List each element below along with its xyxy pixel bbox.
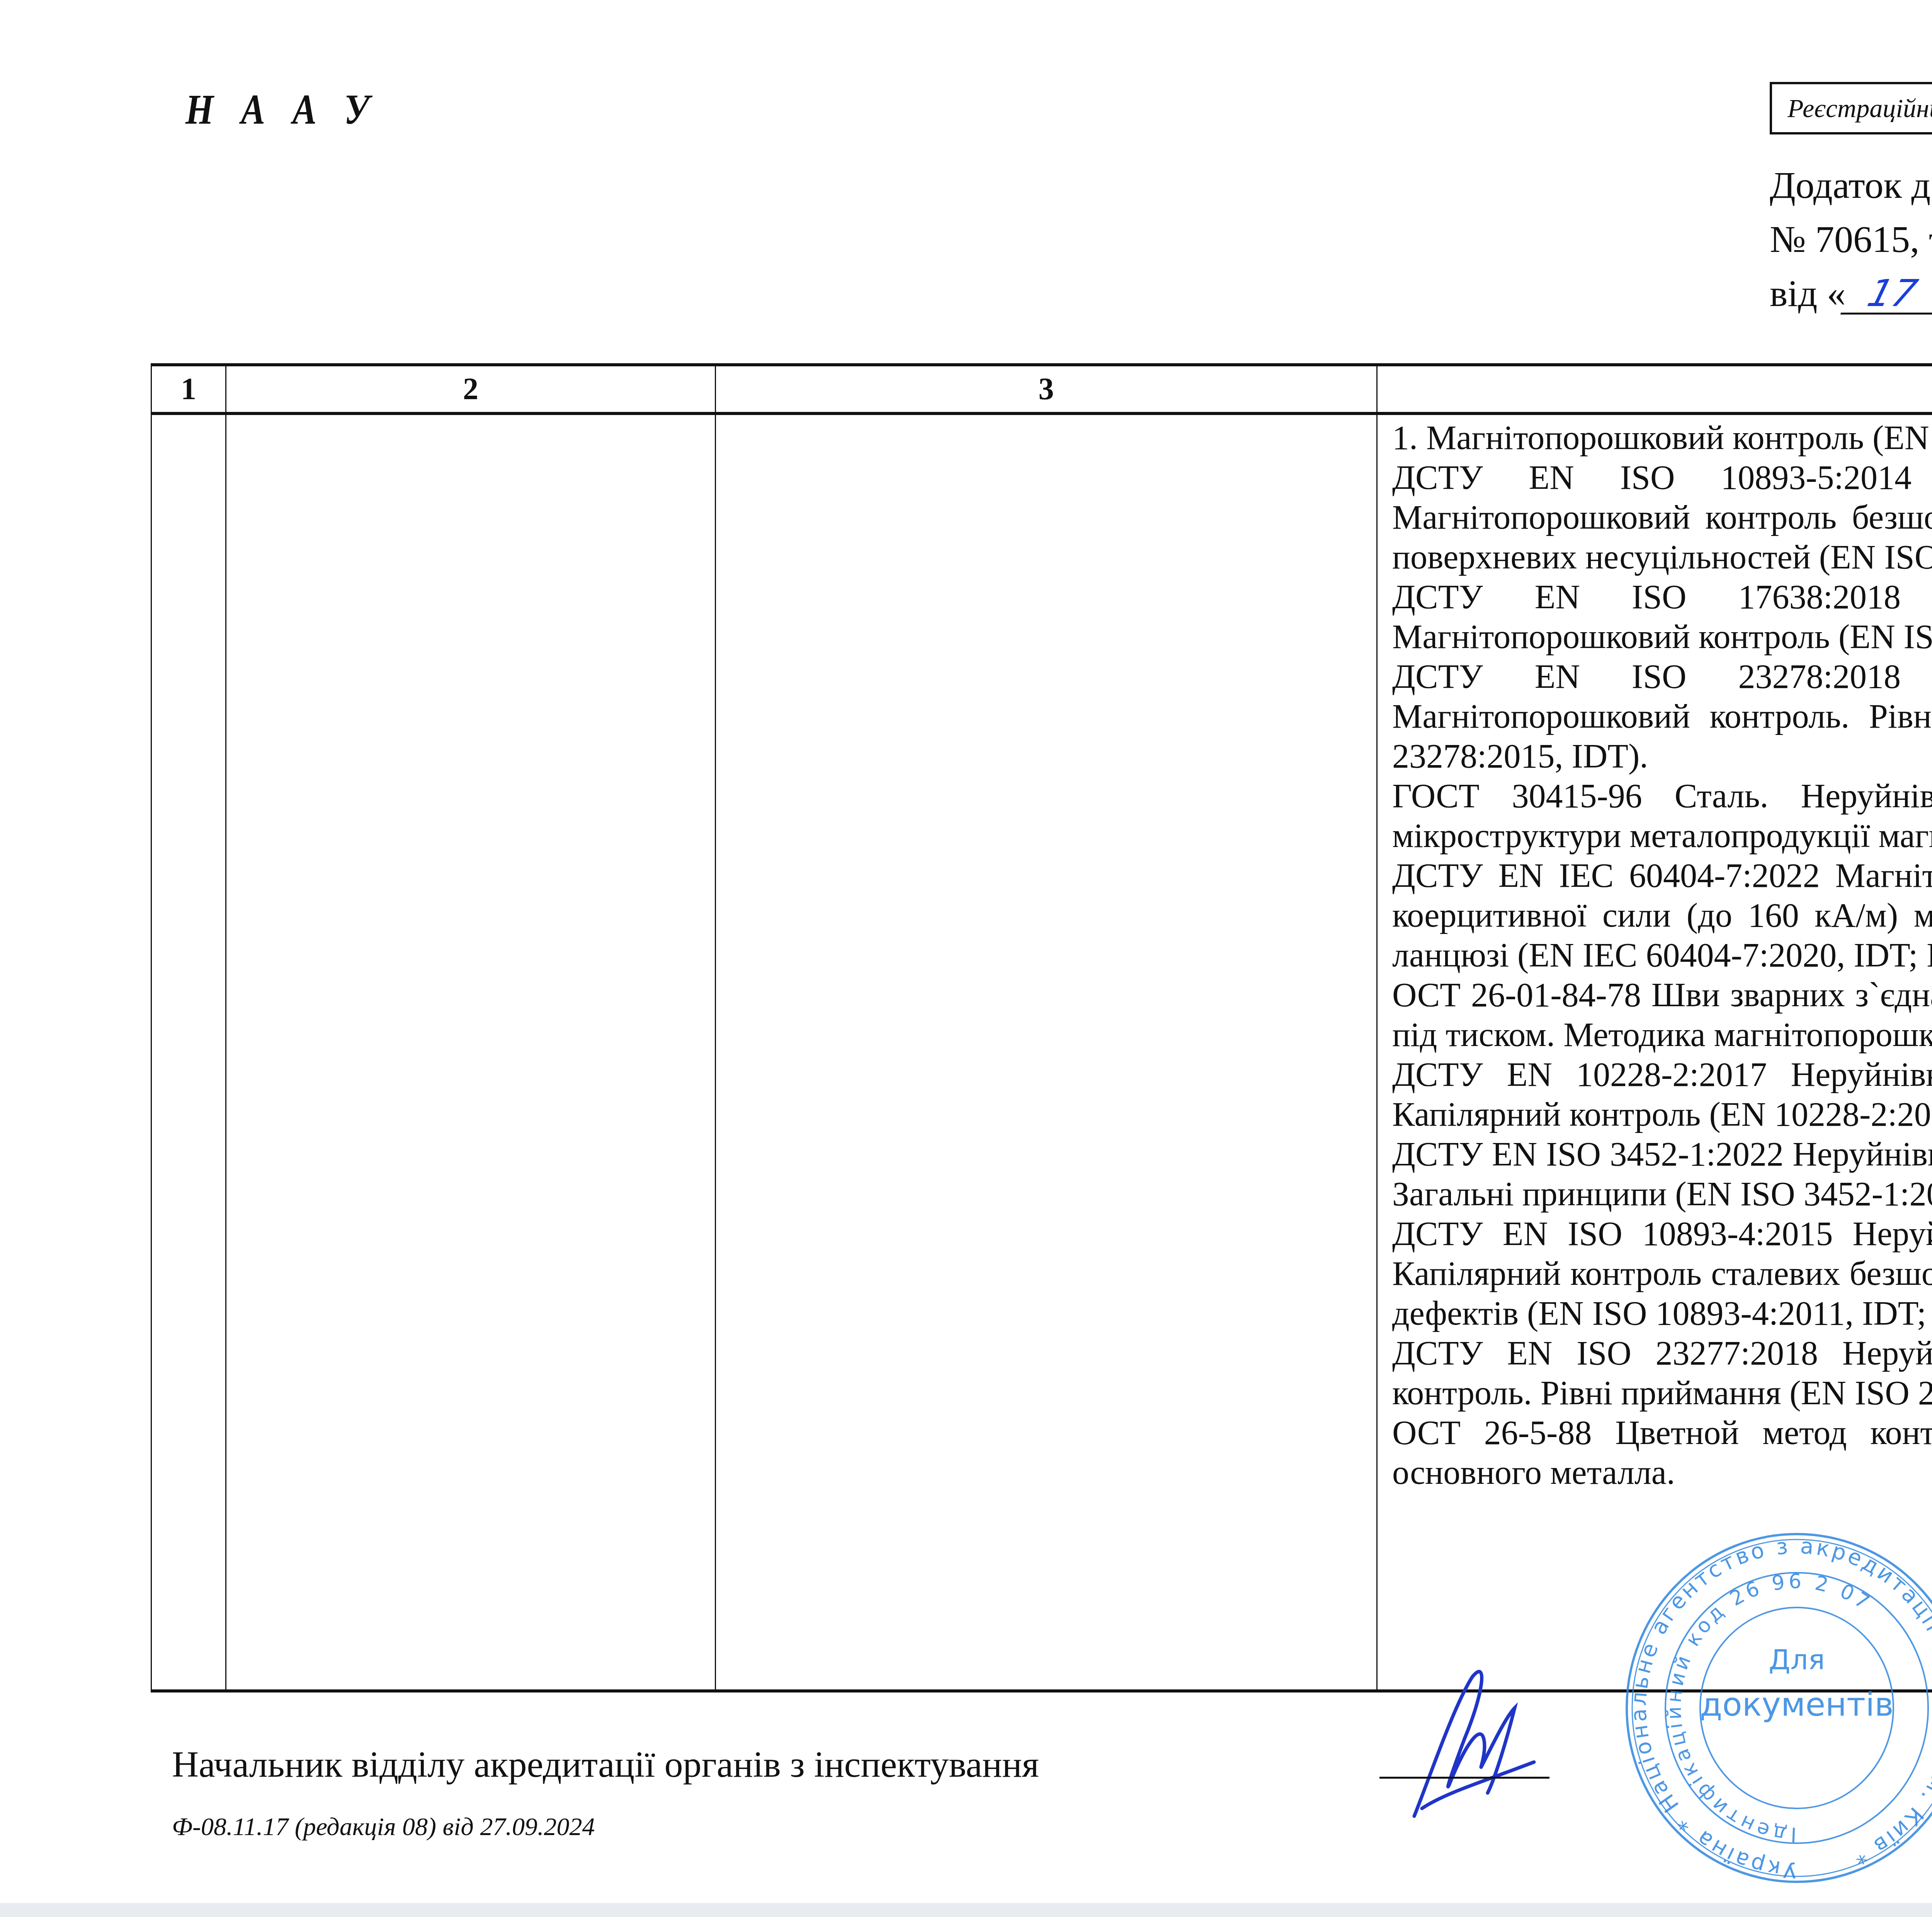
- scan-edge-divider: [0, 1903, 1932, 1917]
- standard-item: 1. Магнітопорошковий контроль (EN 10228-…: [1392, 418, 1932, 458]
- standard-item: ОСТ 26-5-88 Цветной метод контроля сварн…: [1392, 1413, 1932, 1493]
- appendix-title: Додаток до атестата про акредитацію № 70…: [1770, 158, 1932, 321]
- column-header-1: 1: [151, 365, 226, 413]
- standard-item: ДСТУ EN ISO 10893-5:2014 Неруйнівний кон…: [1392, 458, 1932, 577]
- cell-standards-list: 1. Магнітопорошковий контроль (EN 10228-…: [1377, 413, 1932, 1691]
- appendix-line-2: № 70615, тип А: [1770, 213, 1932, 267]
- standard-item: ГОСТ 30415-96 Сталь. Неруйнівний контрол…: [1392, 776, 1932, 856]
- cell-col3: [716, 413, 1377, 1691]
- registration-number-box: Реєстраційний номер ООВ 70615: [1770, 82, 1932, 134]
- column-header-2: 2: [226, 365, 716, 413]
- column-header-4: 4: [1377, 365, 1932, 413]
- signature-line: [1379, 1777, 1549, 1779]
- standard-item: ОСТ 26-01-84-78 Шви зварних з`єднань ста…: [1392, 975, 1932, 1055]
- cell-col1: [151, 413, 226, 1691]
- standard-item: ДСТУ EN ISO 10893-4:2015 Неруйнівний кон…: [1392, 1214, 1932, 1334]
- stamp-center-top: Для: [1769, 1643, 1825, 1676]
- column-header-3: 3: [716, 365, 1377, 413]
- standard-item: ДСТУ EN IEC 60404-7:2022 Магнітні матері…: [1392, 856, 1932, 975]
- form-reference: Ф-08.11.17 (редакція 08) від 27.09.2024: [172, 1812, 595, 1842]
- org-abbreviation: Н А А У: [185, 85, 378, 134]
- standard-item: ДСТУ EN 10228-2:2017 Неруйнівний контрол…: [1392, 1055, 1932, 1135]
- standard-item: ДСТУ EN ISO 3452-1:2022 Неруйнівний конт…: [1392, 1135, 1932, 1214]
- standard-item: ДСТУ EN ISO 23278:2018 Неруйнівний контр…: [1392, 657, 1932, 776]
- appendix-line-3: від «17» грудня 2024р.: [1770, 267, 1932, 321]
- stamp-center-bottom: документів: [1700, 1686, 1894, 1723]
- standard-item: ДСТУ EN ISO 17638:2018 Неруйнівний контр…: [1392, 577, 1932, 657]
- table-row: 1. Магнітопорошковий контроль (EN 10228-…: [151, 413, 1932, 1691]
- accreditation-scope-table: 1 2 3 4 1. Магнітопорошковий контроль (E…: [151, 363, 1932, 1692]
- standard-item: ДСТУ EN ISO 23277:2018 Неруйнівний контр…: [1392, 1334, 1932, 1413]
- date-prefix: від «: [1770, 273, 1846, 315]
- signatory-position: Начальник відділу акредитації органів з …: [172, 1743, 1039, 1786]
- cell-col2: [226, 413, 716, 1691]
- appendix-line-1: Додаток до атестата про акредитацію: [1770, 158, 1932, 213]
- table-header-row: 1 2 3 4: [151, 365, 1932, 413]
- handwritten-day: 17: [1840, 274, 1932, 315]
- registration-label: Реєстраційний номер ООВ: [1772, 84, 1932, 132]
- official-stamp-icon: Україна * Національне агентство з акреди…: [1615, 1530, 1932, 1886]
- signature-icon: [1406, 1662, 1561, 1824]
